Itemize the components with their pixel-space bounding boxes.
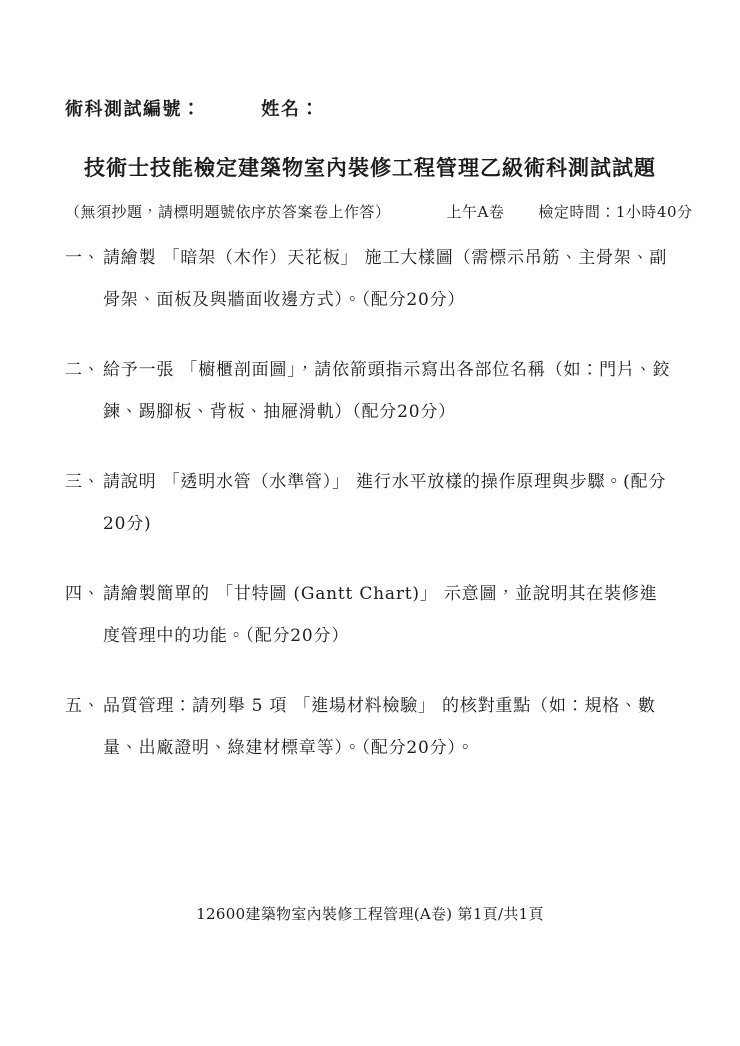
question-text: 品質管理：請列舉 5 項 「進場材料檢驗」 的核對重點（如：規格、數量、出廠證明… [103,685,675,769]
question-item-4: 四、 請繪製簡單的 「甘特圖 (Gantt Chart)」 示意圖，並說明其在裝… [65,573,675,657]
question-item-5: 五、 品質管理：請列舉 5 項 「進場材料檢驗」 的核對重點（如：規格、數量、出… [65,685,675,769]
question-list: 一、 請繪製 「暗架（木作）天花板」 施工大樣圖（需標示吊筋、主骨架、副骨架、面… [65,237,675,769]
question-number: 二、 [65,349,103,433]
question-item-1: 一、 請繪製 「暗架（木作）天花板」 施工大樣圖（需標示吊筋、主骨架、副骨架、面… [65,237,675,321]
question-number: 四、 [65,573,103,657]
question-number: 一、 [65,237,103,321]
question-item-3: 三、 請說明 「透明水管（水準管）」 進行水平放樣的操作原理與步驟。(配分20分… [65,461,675,545]
header-row: 術科測試編號： 姓名： [65,97,675,123]
question-text: 請繪製 「暗架（木作）天花板」 施工大樣圖（需標示吊筋、主骨架、副骨架、面板及與… [103,237,675,321]
meta-row: （無須抄題，請標明題號依序於答案卷上作答） 上午A卷 檢定時間：1小時40分 [65,201,675,223]
name-field-label: 姓名： [262,97,321,123]
page-footer: 12600建築物室內裝修工程管理(A卷) 第1頁/共1頁 [0,903,740,925]
question-item-2: 二、 給予一張 「櫥櫃剖面圖」，請依箭頭指示寫出各部位名稱（如：門片、鉸鍊、踢腳… [65,349,675,433]
exam-paper-page: 術科測試編號： 姓名： 技術士技能檢定建築物室內裝修工程管理乙級術科測試試題 （… [0,0,740,1046]
question-text: 請繪製簡單的 「甘特圖 (Gantt Chart)」 示意圖，並說明其在裝修進度… [103,573,675,657]
question-text: 請說明 「透明水管（水準管）」 進行水平放樣的操作原理與步驟。(配分20分) [103,461,675,545]
time-limit-label: 檢定時間：1小時40分 [538,201,692,223]
session-label: 上午A卷 [447,201,505,223]
exam-number-label: 術科測試編號： [65,97,202,123]
question-text: 給予一張 「櫥櫃剖面圖」，請依箭頭指示寫出各部位名稱（如：門片、鉸鍊、踢腳板、背… [103,349,675,433]
question-number: 五、 [65,685,103,769]
document-title: 技術士技能檢定建築物室內裝修工程管理乙級術科測試試題 [65,153,675,183]
question-number: 三、 [65,461,103,545]
answer-instructions: （無須抄題，請標明題號依序於答案卷上作答） [65,201,391,223]
